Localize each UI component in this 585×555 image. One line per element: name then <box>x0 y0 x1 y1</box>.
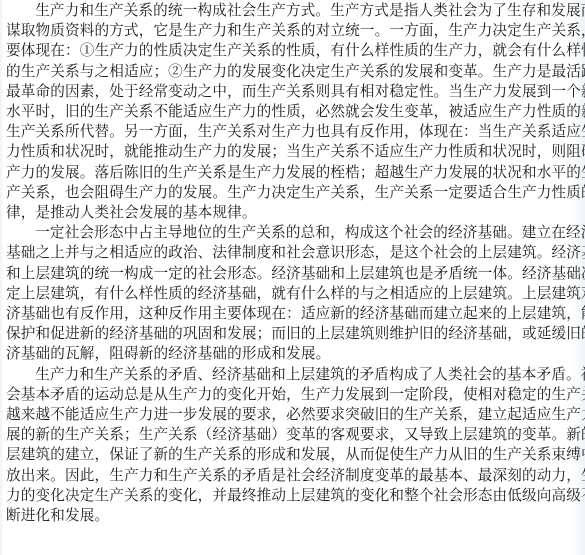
text-line: 产力的发展。落后陈旧的生产关系是生产力发展的桎梏；超越生产力发展的状况和水平的生 <box>6 163 574 183</box>
text-line: 产关系，也会阻碍生产力的发展。生产力决定生产关系，生产关系一定要适合生产力性质的… <box>6 183 574 203</box>
paragraph-basic-contradictions: 生产力和生产关系的矛盾、经济基础和上层建筑的矛盾构成了人类社会的基本矛盾。社 会… <box>6 365 574 527</box>
text-line: 会基本矛盾的运动总是从生产力的变化开始，生产力发展到一定阶段，使相对稳定的生产关… <box>6 385 574 405</box>
text-line: 济基础也有反作用，这种反作用主要体现在：适应新的经济基础而建立起来的上层建筑，能… <box>6 304 574 324</box>
text-line: 律，是推动人类社会发展的基本规律。 <box>6 203 574 223</box>
document-body: 生产力和生产关系的统一构成社会生产方式。生产方式是指人类社会为了生存和发展而 谋… <box>6 1 574 526</box>
text-line: 生产力和生产关系的统一构成社会生产方式。生产方式是指人类社会为了生存和发展而 <box>6 1 574 21</box>
paragraph-productive-forces: 生产力和生产关系的统一构成社会生产方式。生产方式是指人类社会为了生存和发展而 谋… <box>6 1 574 223</box>
text-line: 放出来。因此，生产力和生产关系的矛盾是社会经济制度变革的最基本、最深刻的动力，生… <box>6 466 574 486</box>
text-line: 力的变化决定生产关系的变化，并最终推动上层建筑的变化和整个社会形态由低级向高级不 <box>6 486 574 506</box>
text-line: 展的新的生产关系；生产关系（经济基础）变革的客观要求，又导致上层建筑的变革。新的… <box>6 425 574 445</box>
text-line: 保护和促进新的经济基础的巩固和发展；而旧的上层建筑则维护旧的经济基础，或延缓旧的… <box>6 324 574 344</box>
text-line: 水平时，旧的生产关系不能适应生产力的性质，必然就会发生变革，被适应生产力性质的新… <box>6 102 574 122</box>
text-line: 的生产关系与之相适应；②生产力的发展变化决定生产关系的发展和变革。生产力是最活跃… <box>6 62 574 82</box>
text-line: 济基础的瓦解，阻碍新的经济基础的形成和发展。 <box>6 344 574 364</box>
text-line: 层建筑的建立，保证了新的生产关系的形成和发展，从而促使生产力从旧的生产关系束缚中… <box>6 445 574 465</box>
text-line: 力性质和状况时，就能推动生产力的发展；当生产关系不适应生产力性质和状况时，则阻碍… <box>6 142 574 162</box>
text-line: 要体现在：①生产力的性质决定生产关系的性质，有什么样性质的生产力，就会有什么样性… <box>6 41 574 61</box>
text-line: 基础之上并与之相适应的政治、法律制度和社会意识形态，是这个社会的上层建筑。经济基… <box>6 243 574 263</box>
text-line: 最革命的因素，处于经常变动之中，而生产关系则具有相对稳定性。当生产力发展到一个新… <box>6 82 574 102</box>
text-line: 越来越不能适应生产力进一步发展的要求，必然要求突破旧的生产关系，建立起适应生产力… <box>6 405 574 425</box>
text-line: 一定社会形态中占主导地位的生产关系的总和，构成这个社会的经济基础。建立在经济 <box>6 223 574 243</box>
text-line: 断进化和发展。 <box>6 506 574 526</box>
text-line: 谋取物质资料的方式，它是生产力和生产关系的对立统一。一方面，生产力决定生产关系，… <box>6 21 574 41</box>
text-line: 定上层建筑，有什么样性质的经济基础，就有什么样的与之相适应的上层建筑。上层建筑对… <box>6 284 574 304</box>
text-line: 生产力和生产关系的矛盾、经济基础和上层建筑的矛盾构成了人类社会的基本矛盾。社 <box>6 365 574 385</box>
text-line: 和上层建筑的统一构成一定的社会形态。经济基础和上层建筑也是矛盾统一体。经济基础决 <box>6 264 574 284</box>
paragraph-economic-base: 一定社会形态中占主导地位的生产关系的总和，构成这个社会的经济基础。建立在经济 基… <box>6 223 574 364</box>
document-page: 生产力和生产关系的统一构成社会生产方式。生产方式是指人类社会为了生存和发展而 谋… <box>0 0 585 555</box>
text-line: 生产关系所代替。另一方面，生产关系对生产力也具有反作用，体现在：当生产关系适应生… <box>6 122 574 142</box>
